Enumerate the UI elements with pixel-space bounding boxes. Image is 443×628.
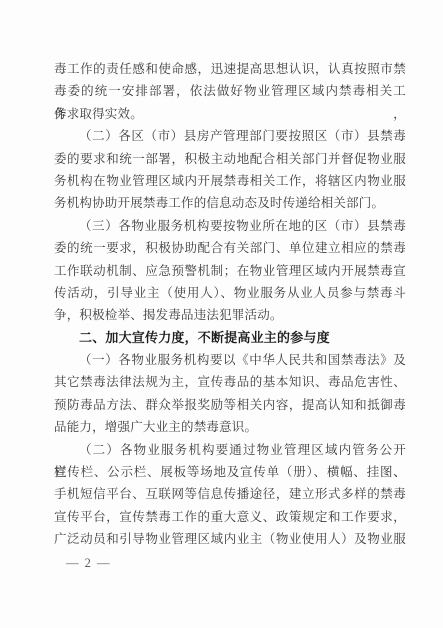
text-line: 毒委的统一安排部署，依法做好物业管理区域内禁毒相关工作， bbox=[54, 80, 406, 102]
text-line: 传活动，引导业主（使用人）、物业服务从业人员参与禁毒斗 bbox=[54, 282, 406, 304]
text-line: 工作联动机制、应急预警机制；在物业管理区域内开展禁毒宣 bbox=[54, 260, 406, 282]
text-line: （三）各物业服务机构要按物业所在地的区（市）县禁毒 bbox=[54, 215, 406, 237]
text-line: 广泛动员和引导物业管理区域内业主（物业使用人）及物业服 bbox=[54, 528, 406, 550]
text-line: 预防毒品方法、群众举报奖励等相关内容，提高认知和抵御毒 bbox=[54, 394, 406, 416]
text-line: （一）各物业服务机构要以《中华人民共和国禁毒法》及 bbox=[54, 349, 406, 371]
page-number: — 2 — bbox=[66, 556, 111, 571]
text-line: 委的统一要求，积极协助配合有关部门、单位建立相应的禁毒 bbox=[54, 237, 406, 259]
document-body: 毒工作的责任感和使命感，迅速提高思想认识，认真按照市禁 毒委的统一安排部署，依法… bbox=[54, 58, 406, 551]
text-line: 毒工作的责任感和使命感，迅速提高思想认识，认真按照市禁 bbox=[54, 58, 406, 80]
text-line: 宣传栏、公示栏、展板等场地及宣传单（册）、横幅、挂图、 bbox=[54, 461, 406, 483]
text-line: 品能力，增强广大业主的禁毒意识。 bbox=[54, 416, 406, 438]
text-line: 务机构在物业管理区域内开展禁毒相关工作，将辖区内物业服 bbox=[54, 170, 406, 192]
text-line: 手机短信平台、互联网等信息传播途径，建立形式多样的禁毒 bbox=[54, 483, 406, 505]
document-page: 毒工作的责任感和使命感，迅速提高思想认识，认真按照市禁 毒委的统一安排部署，依法… bbox=[0, 0, 443, 628]
text-line: （二）各物业服务机构要通过物业管理区域内管务公开栏、 bbox=[54, 439, 406, 461]
text-line: 争，积极检举、揭发毒品违法犯罪活动。 bbox=[54, 304, 406, 326]
text-line: 委的要求和统一部署，积极主动地配合相关部门并督促物业服 bbox=[54, 148, 406, 170]
text-line: （二）各区（市）县房产管理部门要按照区（市）县禁毒 bbox=[54, 125, 406, 147]
text-line: 宣传平台，宣传禁毒工作的重大意义、政策规定和工作要求， bbox=[54, 506, 406, 528]
section-heading: 二、加大宣传力度，不断提高业主的参与度 bbox=[54, 327, 406, 349]
text-line: 务机构协助开展禁毒工作的信息动态及时传递给相关部门。 bbox=[54, 192, 406, 214]
text-line: 其它禁毒法律法规为主，宣传毒品的基本知识、毒品危害性、 bbox=[54, 371, 406, 393]
